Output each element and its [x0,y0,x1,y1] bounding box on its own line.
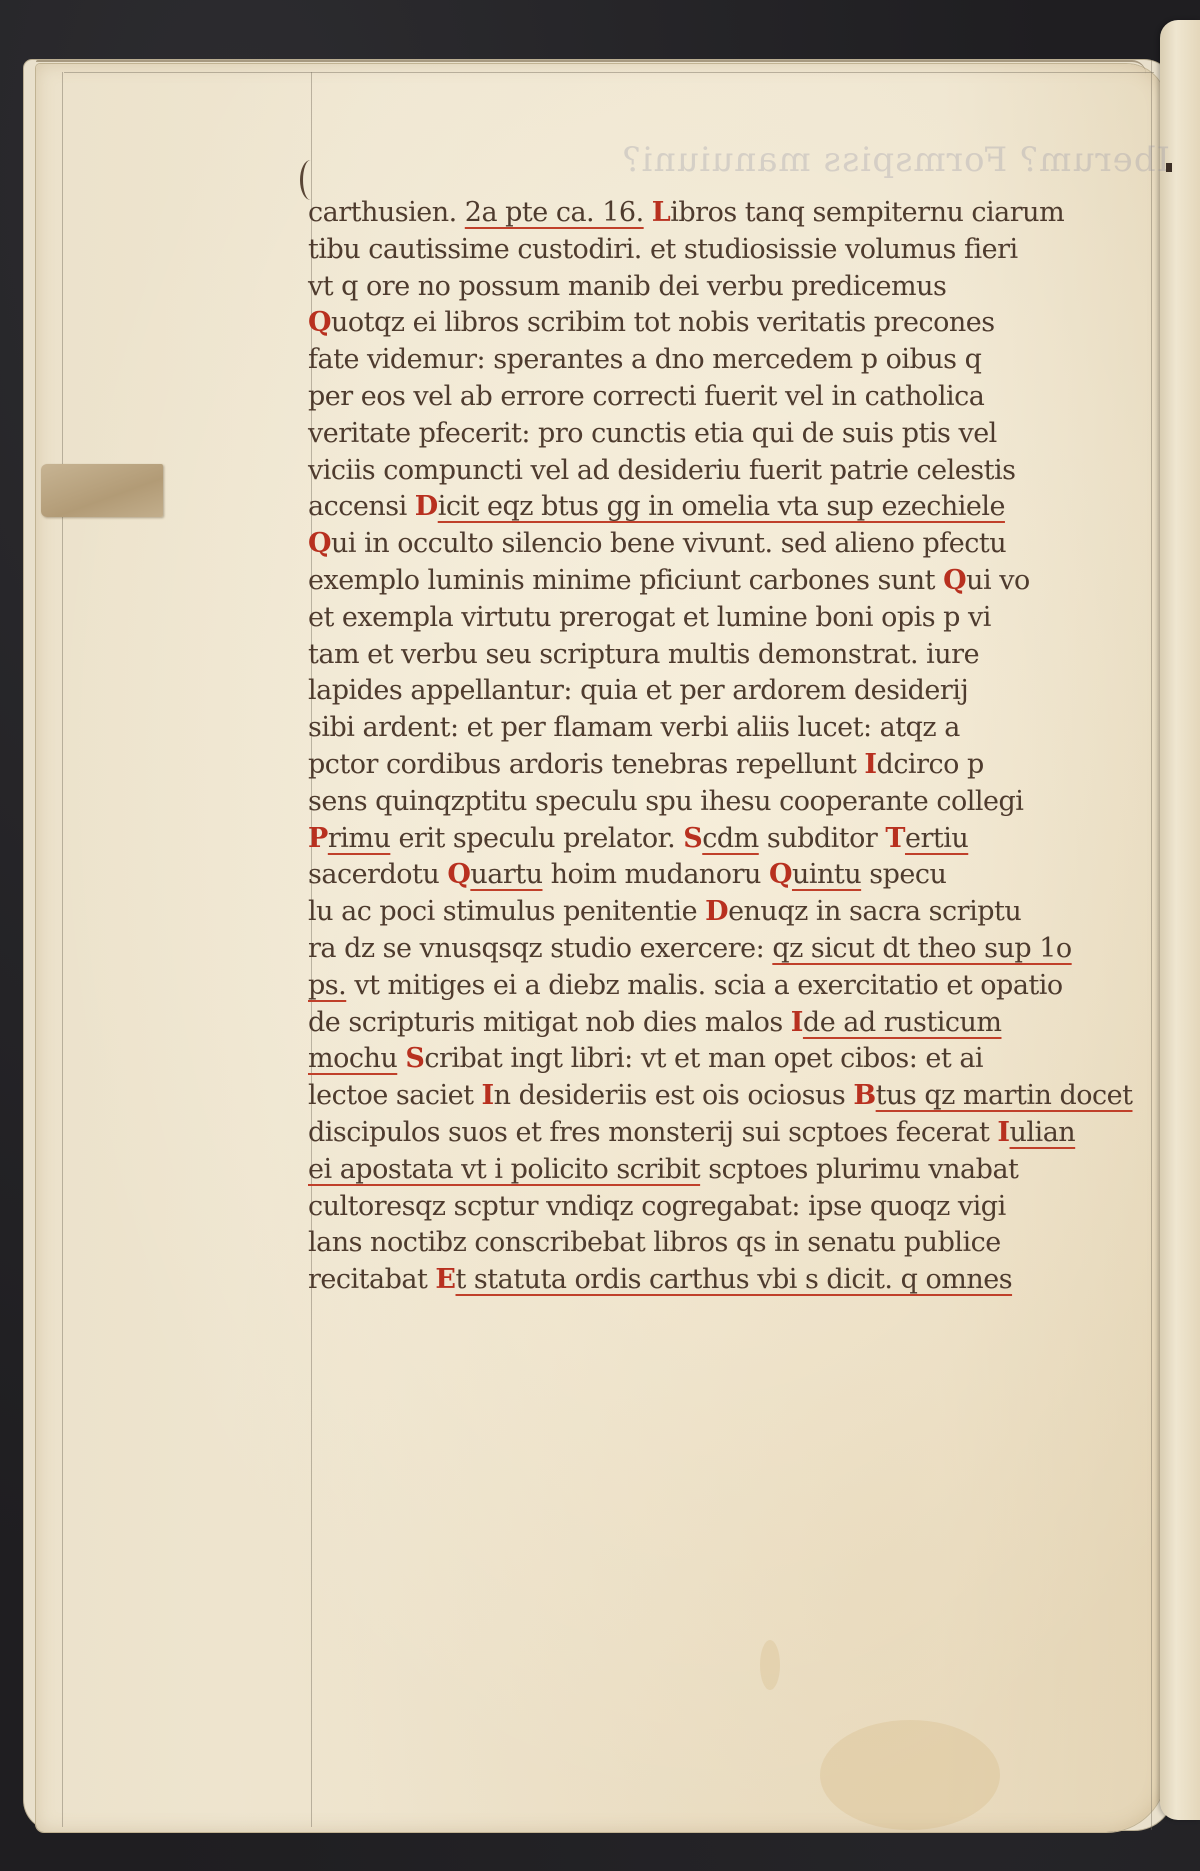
text-line: ps. vt mitiges ei a diebz malis. scia a … [308,968,1158,1005]
bleed-through-text: Iberum? Formspiss manuiuni? [430,140,1170,180]
text-segment: ibros tanq sempiternu ciarum [670,197,1064,228]
underlined-text: rimu [328,823,391,854]
text-segment: ui vo [966,565,1030,596]
text-line: lapides appellantur: quia et per ardorem… [308,673,1158,710]
text-segment: hoim mudanoru [543,859,769,890]
rubricated-initial: Q [308,307,331,338]
text-segment: lu ac poci stimulus penitentie [308,896,705,927]
text-segment: sibi ardent: et per flamam verbi aliis l… [308,712,960,743]
text-line: lu ac poci stimulus penitentie Denuqz in… [308,894,1158,931]
text-line: lectoe saciet In desideriis est ois ocio… [308,1078,1158,1115]
rubricated-initial: B [853,1080,875,1111]
text-segment: cultoresqz scptur vndiqz cogregabat: ips… [308,1191,1006,1222]
rubricated-initial: Q [447,859,470,890]
adjacent-leaf-curl [1160,20,1200,1820]
text-segment: n desideriis est ois ociosus [494,1080,854,1111]
text-segment: discipulos suos et fres monsterij sui sc… [308,1117,997,1148]
underlined-text: uartu [470,859,542,890]
text-segment: enuqz in sacra scriptu [728,896,1021,927]
stain [820,1720,1000,1830]
rubricated-initial: L [652,197,670,228]
text-segment: accensi [308,491,415,522]
text-segment: ra dz se vnusqsqz studio exercere: [308,933,772,964]
text-line: discipulos suos et fres monsterij sui sc… [308,1115,1158,1152]
left-margin-rule [62,72,63,1827]
underlined-text: ei apostata vt i policito scribit [308,1154,700,1185]
manuscript-text-block: carthusien. 2a pte ca. 16. Libros tanq s… [308,195,1158,1299]
text-line: cultoresqz scptur vndiqz cogregabat: ips… [308,1189,1158,1226]
text-line: de scripturis mitigat nob dies malos Ide… [308,1005,1158,1042]
text-segment: vt q ore no possum manib dei verbu predi… [308,271,946,302]
text-segment: veritate pfecerit: pro cunctis etia qui … [308,418,997,449]
underlined-text: uintu [792,859,861,890]
underlined-text: 2a pte ca. 16. [465,197,644,228]
text-segment: lans noctibz conscribebat libros qs in s… [308,1227,1001,1258]
text-line: ei apostata vt i policito scribit scptoe… [308,1152,1158,1189]
text-segment: de scripturis mitigat nob dies malos [308,1007,791,1038]
text-segment: per eos vel ab errore correcti fuerit ve… [308,381,984,412]
rubricated-initial: T [885,823,905,854]
text-segment: sens quinqzptitu speculu spu ihesu coope… [308,786,1023,817]
text-line: per eos vel ab errore correcti fuerit ve… [308,379,1158,416]
text-segment: specu [861,859,946,890]
text-segment: lapides appellantur: quia et per ardorem… [308,675,968,706]
rubricated-initial: P [308,823,328,854]
text-segment: fate videmur: sperantes a dno mercedem p… [308,344,981,375]
text-line: viciis compuncti vel ad desideriu fuerit… [308,453,1158,490]
underlined-text: ps. [308,970,346,1001]
text-segment: tibu cautissime custodiri. et studiosiss… [308,234,1018,265]
text-segment: et exempla virtutu prerogat et lumine bo… [308,602,991,633]
text-line: sibi ardent: et per flamam verbi aliis l… [308,710,1158,747]
text-line: tam et verbu seu scriptura multis demons… [308,637,1158,674]
stain [760,1640,780,1690]
text-segment: dcirco p [877,749,984,780]
top-rule [64,72,1154,73]
rubricated-initial: S [405,1043,424,1074]
text-line: pctor cordibus ardoris tenebras repellun… [308,747,1158,784]
text-segment: subditor [759,823,886,854]
text-line: carthusien. 2a pte ca. 16. Libros tanq s… [308,195,1158,232]
text-line: Qui in occulto silencio bene vivunt. sed… [308,526,1158,563]
paper-tab-marker[interactable] [41,464,163,517]
text-segment: exemplo luminis minime pficiunt carbones… [308,565,943,596]
ink-mark [1166,163,1172,172]
text-segment: recitabat [308,1264,435,1295]
ascender-flourish [300,160,321,200]
text-line: lans noctibz conscribebat libros qs in s… [308,1225,1158,1262]
text-line: tibu cautissime custodiri. et studiosiss… [308,232,1158,269]
underlined-text: ulian [1010,1117,1076,1148]
rubricated-initial: D [415,491,438,522]
text-segment: scptoes plurimu vnabat [700,1154,1018,1185]
text-segment [644,197,652,228]
text-segment: ui in occulto silencio bene vivunt. sed … [331,528,1006,559]
underlined-text: tus qz martin docet [876,1080,1133,1111]
text-line: veritate pfecerit: pro cunctis etia qui … [308,416,1158,453]
rubricated-initial: D [705,896,728,927]
text-segment: cribat ingt libri: vt et man opet cibos:… [424,1043,983,1074]
underlined-text: ertiu [905,823,968,854]
rubricated-initial: Q [308,528,331,559]
underlined-text: qz sicut dt theo sup 1o [772,933,1071,964]
rubricated-initial: I [997,1117,1009,1148]
text-segment: lectoe saciet [308,1080,482,1111]
text-line: exemplo luminis minime pficiunt carbones… [308,563,1158,600]
rubricated-initial: S [683,823,702,854]
text-line: ra dz se vnusqsqz studio exercere: qz si… [308,931,1158,968]
rubricated-initial: I [791,1007,803,1038]
text-line: recitabat Et statuta ordis carthus vbi s… [308,1262,1158,1299]
rubricated-initial: E [435,1264,455,1295]
text-line: et exempla virtutu prerogat et lumine bo… [308,600,1158,637]
text-line: Primu erit speculu prelator. Scdm subdit… [308,821,1158,858]
underlined-text: t statuta ordis carthus vbi s dicit. q o… [456,1264,1013,1295]
underlined-text: icit eqz btus gg in omelia vta sup ezech… [438,491,1005,522]
text-segment: tam et verbu seu scriptura multis demons… [308,639,979,670]
underlined-text: cdm [702,823,759,854]
text-line: Quotqz ei libros scribim tot nobis verit… [308,305,1158,342]
text-line: accensi Dicit eqz btus gg in omelia vta … [308,489,1158,526]
text-line: fate videmur: sperantes a dno mercedem p… [308,342,1158,379]
text-line: mochu Scribat ingt libri: vt et man opet… [308,1041,1158,1078]
rubricated-initial: Q [943,565,966,596]
underlined-text: mochu [308,1043,397,1074]
text-line: vt q ore no possum manib dei verbu predi… [308,269,1158,306]
text-segment: vt mitiges ei a diebz malis. scia a exer… [346,970,1062,1001]
underlined-text: de ad rusticum [803,1007,1002,1038]
rubricated-initial: I [482,1080,494,1111]
text-segment: carthusien. [308,197,465,228]
text-segment: sacerdotu [308,859,447,890]
rubricated-initial: I [864,749,876,780]
text-line: sens quinqzptitu speculu spu ihesu coope… [308,784,1158,821]
text-segment: viciis compuncti vel ad desideriu fuerit… [308,455,1015,486]
text-line: sacerdotu Quartu hoim mudanoru Quintu sp… [308,857,1158,894]
text-segment: pctor cordibus ardoris tenebras repellun… [308,749,864,780]
text-segment: erit speculu prelator. [390,823,683,854]
rubricated-initial: Q [769,859,792,890]
text-segment: uotqz ei libros scribim tot nobis verita… [331,307,995,338]
